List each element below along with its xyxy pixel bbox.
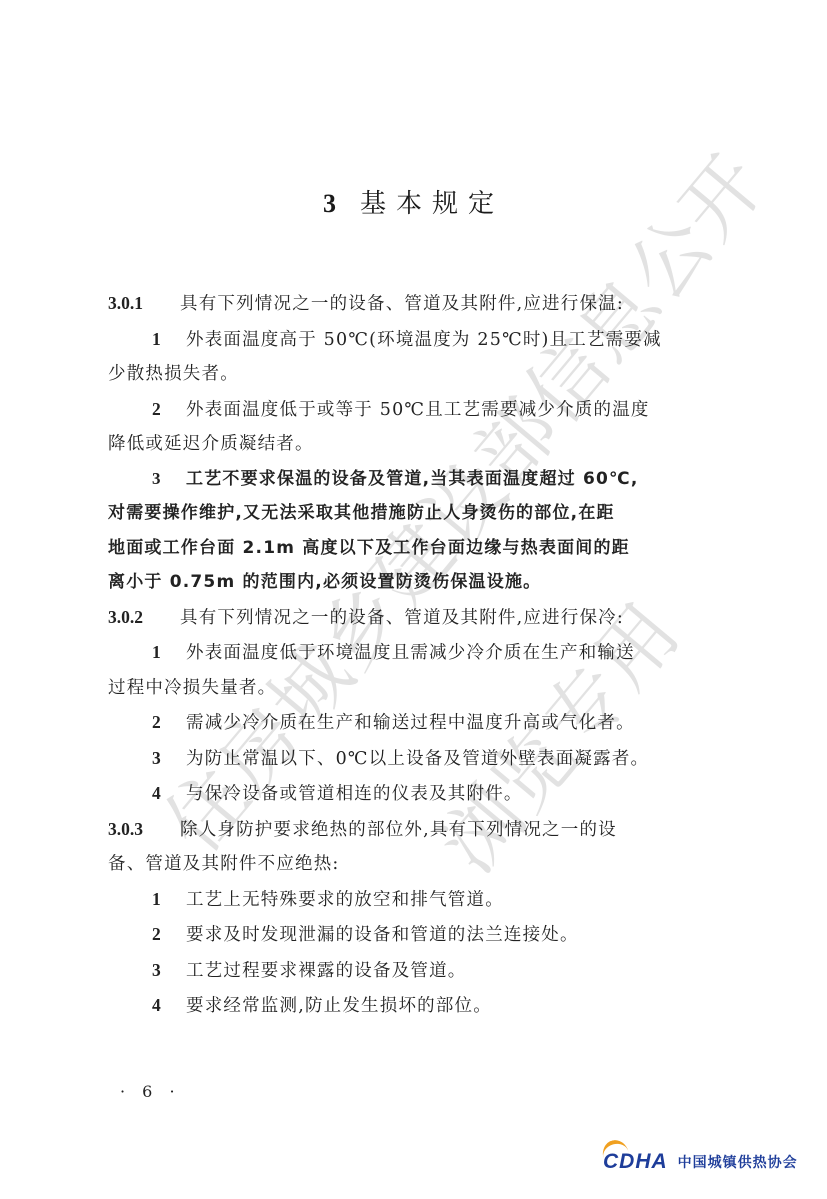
item-number: 2 — [152, 392, 186, 427]
item-number: 3 — [152, 741, 186, 776]
list-item: 4与保冷设备或管道相连的仪表及其附件。 — [108, 776, 720, 812]
list-item: 4要求经常监测,防止发生损坏的部位。 — [108, 988, 720, 1024]
cdha-logo: CDHA 中国城镇供热协会 — [603, 1150, 798, 1174]
item-text: 外表面温度高于 50℃(环境温度为 25℃时)且工艺需要减 — [186, 330, 662, 350]
clause-number: 3.0.1 — [108, 286, 180, 321]
page-number: · 6 · — [120, 1082, 181, 1101]
item-number: 1 — [152, 882, 186, 917]
item-text: 为防止常温以下、0℃以上设备及管道外壁表面凝露者。 — [186, 749, 649, 769]
list-item: 3为防止常温以下、0℃以上设备及管道外壁表面凝露者。 — [108, 741, 720, 777]
chapter-title-text: 基本规定 — [360, 189, 504, 219]
item-text: 要求经常监测,防止发生损坏的部位。 — [186, 996, 492, 1016]
document-body: 3.0.1具有下列情况之一的设备、管道及其附件,应进行保温: 1外表面温度高于 … — [108, 286, 720, 1024]
item-number: 4 — [152, 988, 186, 1023]
item-text: 工艺上无特殊要求的放空和排气管道。 — [186, 890, 504, 910]
item-text: 要求及时发现泄漏的设备和管道的法兰连接处。 — [186, 925, 579, 945]
item-number: 2 — [152, 917, 186, 952]
item-text: 需减少冷介质在生产和输送过程中温度升高或气化者。 — [186, 713, 635, 733]
item-continuation: 过程中冷损失量者。 — [108, 671, 720, 706]
item-text: 工艺过程要求裸露的设备及管道。 — [186, 961, 467, 981]
item-continuation: 少散热损失者。 — [108, 357, 720, 392]
list-item: 3工艺过程要求裸露的设备及管道。 — [108, 953, 720, 989]
list-item: 2需减少冷介质在生产和输送过程中温度升高或气化者。 — [108, 705, 720, 741]
clause-text: 具有下列情况之一的设备、管道及其附件,应进行保冷: — [180, 608, 624, 628]
document-page: 住房城乡建设部信息公开 浏览专用 3基本规定 3.0.1具有下列情况之一的设备、… — [0, 0, 827, 1199]
chapter-number: 3 — [323, 189, 346, 218]
list-item-mandatory: 3工艺不要求保温的设备及管道,当其表面温度超过 60℃, — [108, 462, 720, 497]
clause-3-0-1: 3.0.1具有下列情况之一的设备、管道及其附件,应进行保温: — [108, 286, 720, 322]
list-item: 2外表面温度低于或等于 50℃且工艺需要减少介质的温度 — [108, 392, 720, 428]
clause-text: 具有下列情况之一的设备、管道及其附件,应进行保温: — [180, 294, 624, 314]
item-number: 3 — [152, 953, 186, 988]
item-number: 2 — [152, 705, 186, 740]
logo-text: 中国城镇供热协会 — [678, 1152, 798, 1172]
logo-mark: CDHA — [603, 1150, 668, 1174]
clause-3-0-3: 3.0.3除人身防护要求绝热的部位外,具有下列情况之一的设 — [108, 812, 720, 848]
item-text: 工艺不要求保温的设备及管道,当其表面温度超过 60℃, — [186, 469, 638, 489]
list-item: 1工艺上无特殊要求的放空和排气管道。 — [108, 882, 720, 918]
chapter-title: 3基本规定 — [0, 183, 827, 220]
item-continuation: 离小于 0.75m 的范围内,必须设置防烫伤保温设施。 — [108, 565, 720, 600]
item-text: 外表面温度低于或等于 50℃且工艺需要减少介质的温度 — [186, 400, 650, 420]
clause-text: 除人身防护要求绝热的部位外,具有下列情况之一的设 — [180, 820, 617, 840]
item-text: 外表面温度低于环境温度且需减少冷介质在生产和输送 — [186, 643, 635, 663]
clause-3-0-2: 3.0.2具有下列情况之一的设备、管道及其附件,应进行保冷: — [108, 600, 720, 636]
list-item: 2要求及时发现泄漏的设备和管道的法兰连接处。 — [108, 917, 720, 953]
item-continuation: 地面或工作台面 2.1m 高度以下及工作台面边缘与热表面间的距 — [108, 531, 720, 566]
item-continuation: 降低或延迟介质凝结者。 — [108, 427, 720, 462]
clause-number: 3.0.2 — [108, 600, 180, 635]
list-item: 1外表面温度低于环境温度且需减少冷介质在生产和输送 — [108, 635, 720, 671]
item-number: 1 — [152, 635, 186, 670]
item-text: 与保冷设备或管道相连的仪表及其附件。 — [186, 784, 523, 804]
item-continuation: 对需要操作维护,又无法采取其他措施防止人身烫伤的部位,在距 — [108, 496, 720, 531]
item-number: 3 — [152, 462, 186, 497]
clause-number: 3.0.3 — [108, 812, 180, 847]
list-item: 1外表面温度高于 50℃(环境温度为 25℃时)且工艺需要减 — [108, 322, 720, 358]
item-number: 4 — [152, 776, 186, 811]
clause-continuation: 备、管道及其附件不应绝热: — [108, 847, 720, 882]
item-number: 1 — [152, 322, 186, 357]
